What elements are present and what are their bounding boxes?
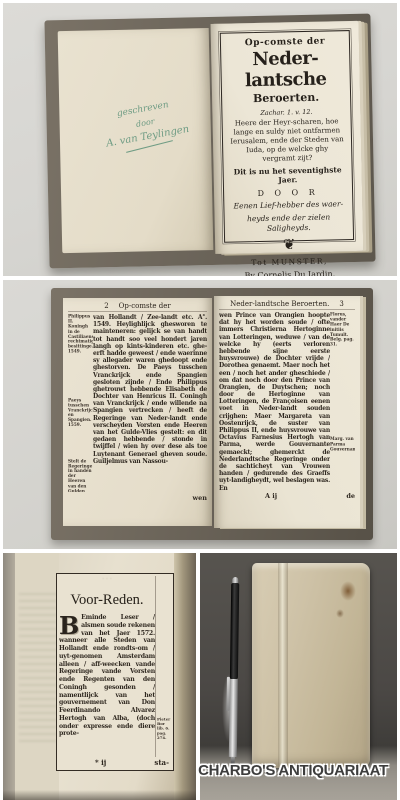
text-page-3: Neder-landtsche Beroerten. 3 wen Prince … [214, 296, 360, 528]
door-line: D O O R [229, 188, 347, 199]
book-cover-edge [3, 553, 15, 800]
preface-signature-mark: * ij [95, 758, 106, 767]
photo-open-book-titlepage: geschreven door A. van Teylingen Op-coms… [3, 3, 397, 276]
preface-text-frame: · · · Voor-Reden. BEminde Leser / alsmen… [56, 573, 174, 771]
imprint-place: Tot MUNSTER, [230, 256, 348, 267]
page-2-body-text: van Hollandt / Zee-landt etc. A°. 1549. … [93, 314, 207, 465]
author-line-2: heyds ende der zielen Saligheyds. [230, 212, 348, 234]
imprint-publisher: By Cornelis Du Iardin, ANNO [231, 269, 349, 276]
page-3-number: 3 [339, 300, 343, 308]
margin-note: Pieter Bor lib. 6. pag. 274. [157, 718, 171, 740]
verse-reference: Zachar. 1. v. 12. [227, 107, 345, 117]
margin-note: Stelt de Regeringe in handen der Heeren … [68, 459, 93, 492]
page-2-footer: wen [68, 494, 207, 502]
photo-open-book-text-pages: 2 Op-comste der Philippus II. Koningh in… [3, 280, 397, 549]
verso-page-bleedthrough [15, 553, 59, 800]
preface-footer: * ij sta- [59, 757, 171, 768]
book-top: geschreven door A. van Teylingen Op-coms… [44, 14, 375, 269]
photo-preface-page: · · · Voor-Reden. BEminde Leser / alsmen… [3, 553, 196, 800]
page-3-footer: A ij de [219, 492, 355, 500]
page-3-header: Neder-landtsche Beroerten. 3 [219, 300, 355, 310]
preface-margin-column: Pieter Bor lib. 6. pag. 274. [155, 576, 171, 757]
pen-chrome-section [229, 679, 238, 757]
page-3-body-column: wen Prince van Orangien hoopte dat hy he… [219, 312, 330, 490]
page-2-number: 2 [104, 302, 108, 310]
margin-note: Marg. van Parma Gouvernante. [330, 437, 355, 452]
spine-fold [278, 563, 288, 768]
drop-cap-initial: B [59, 615, 79, 637]
main-title: Neder-lantsche [226, 47, 345, 91]
sub-title: Beroerten. [227, 90, 345, 105]
preface-columns: · · · Voor-Reden. BEminde Leser / alsmen… [59, 576, 171, 757]
margin-note: Paeys tusschen Vranckrijck en Spangien. … [68, 398, 93, 428]
fleuron-icon: ❦ [230, 236, 348, 253]
preface-heading: Voor-Reden. [59, 592, 155, 609]
bleedthrough-lines: · · · [59, 576, 155, 590]
preface-catchword: sta- [154, 758, 169, 767]
blank-left-page: geschreven door A. van Teylingen [58, 28, 214, 253]
pen-barrel [230, 583, 239, 679]
page-3-running-title: Neder-landtsche Beroerten. [230, 300, 329, 308]
page-3-catchword: de [346, 492, 355, 500]
page-3-signature-mark: A ij [265, 492, 277, 500]
text-page-2: 2 Op-comste der Philippus II. Koningh in… [63, 298, 212, 526]
page-2-margin-column: Philippus II. Koningh in de Castiliaensc… [68, 314, 93, 492]
ballpoint-pen [229, 577, 240, 767]
title-page: Op-comste der Neder-lantsche Beroerten. … [211, 21, 364, 254]
pen-clip [226, 677, 229, 711]
cover-stain-small [336, 609, 344, 618]
page-3-columns: wen Prince van Orangien hoopte dat hy he… [219, 312, 355, 490]
margin-note: Florus, vander Haer De initiis Tumult. B… [330, 312, 355, 347]
page-2-catchword: wen [193, 494, 207, 502]
seventieth-year-line: Dit is nu het seventighste Jaer. [229, 166, 347, 186]
cover-stain [340, 581, 356, 601]
margin-note: Philippus II. Koningh in de Castiliaensc… [68, 314, 93, 354]
title-page-frame: Op-comste der Neder-lantsche Beroerten. … [220, 30, 354, 243]
page-2-running-title: Op-comste der [119, 302, 171, 310]
page-3-margin-column: Florus, vander Haer De initiis Tumult. B… [330, 312, 355, 490]
page-2-printed-area: 2 Op-comste der Philippus II. Koningh in… [68, 302, 207, 522]
gutter-shadow [3, 790, 196, 800]
page-3-printed-area: Neder-landtsche Beroerten. 3 wen Prince … [219, 300, 355, 524]
page-2-body-column: van Hollandt / Zee-landt etc. A°. 1549. … [93, 314, 207, 492]
author-line-1: Eenen Lief-hebber des waer- [229, 200, 347, 212]
watermark-text: CHARBO'S ANTIQUARIAAT [194, 762, 392, 779]
verse-text: Heere der Heyr-scharen, hoe lange en sul… [228, 117, 347, 165]
fore-edge [174, 553, 196, 800]
page-2-columns: Philippus II. Koningh in de Castiliaensc… [68, 314, 207, 492]
preface-text-column: · · · Voor-Reden. BEminde Leser / alsmen… [59, 576, 155, 757]
book-middle: 2 Op-comste der Philippus II. Koningh in… [51, 288, 373, 540]
page-2-header: 2 Op-comste der [68, 302, 207, 312]
preface-body-text: BEminde Leser / alsmen soude rekenen van… [59, 614, 155, 738]
owner-inscription: geschreven door A. van Teylingen [85, 93, 207, 156]
page-3-body-text: wen Prince van Orangien hoopte dat hy he… [219, 312, 330, 490]
vellum-cover [252, 563, 370, 768]
